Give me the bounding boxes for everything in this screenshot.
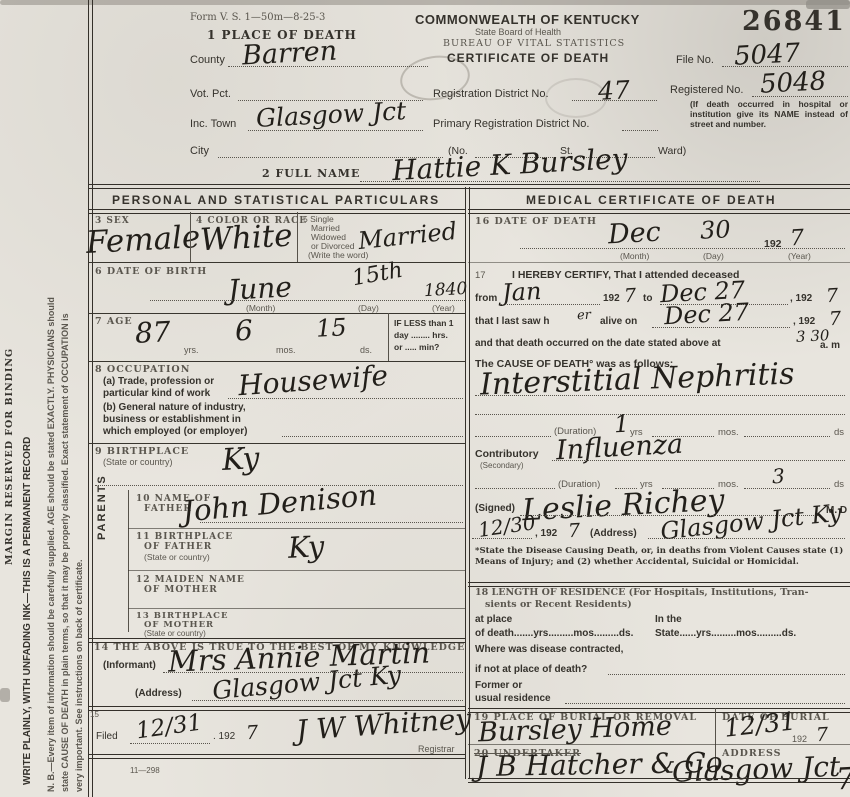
her-script-handwritten: er	[577, 308, 592, 324]
inc-town-handwritten: Glasgow Jct	[255, 96, 406, 133]
if-less-line-1: IF LESS than 1	[394, 318, 454, 328]
signed-year-printed: , 192	[535, 528, 557, 539]
row-rule-3	[88, 361, 465, 362]
father-birthplace-handwritten: Ky	[287, 529, 325, 565]
age-ds-caption: ds.	[360, 345, 372, 355]
birthplace-handwritten: Ky	[221, 441, 260, 478]
occupation-label: 8 OCCUPATION	[95, 364, 190, 375]
age-sub-cell-divider	[388, 313, 389, 361]
filed-year-printed: . 192	[213, 731, 235, 742]
occupation-handwritten: Housewife	[237, 359, 389, 402]
margin-write-plainly-note: WRITE PLAINLY, WITH UNFADING INK—THIS IS…	[22, 135, 33, 785]
stray-seven-handwritten: 7	[835, 762, 850, 797]
dob-month-handwritten: June	[227, 270, 293, 306]
alive-dotted-line	[652, 327, 790, 328]
certificate-serial-number: 26841	[742, 6, 846, 37]
parents-rule-3	[128, 608, 465, 609]
to-year-handwritten: 7	[825, 285, 838, 308]
contributory-label: Contributory	[475, 448, 539, 460]
margin-nb-line-2: state CAUSE OF DEATH in plain terms, so …	[60, 96, 70, 792]
certify-item-number: 17	[475, 270, 486, 281]
full-name-label: 2 FULL NAME	[262, 167, 360, 180]
dob-label: 6 DATE OF BIRTH	[95, 266, 207, 277]
former-dotted-line	[565, 703, 845, 704]
birthplace-label: 9 BIRTHPLACE	[95, 446, 189, 457]
from-date-handwritten: Jan	[501, 277, 542, 307]
registration-district-handwritten: 47	[597, 75, 630, 106]
if-less-line-3: or ..... min?	[394, 342, 439, 352]
signed-address-dots	[648, 538, 845, 539]
state-board-subtitle: State Board of Health	[475, 27, 561, 37]
burial-date-handwritten: 12/31	[723, 706, 798, 742]
occupation-b-line-3: which employed (or employer)	[103, 426, 247, 437]
residence-heading-2: sients or Recent Residents)	[485, 599, 632, 610]
burial-place-handwritten: Bursley Home	[478, 711, 673, 749]
contracted-line-2: if not at place of death?	[475, 664, 587, 675]
contracted-line-1: Where was disease contracted,	[475, 644, 623, 655]
form-left-border	[88, 0, 93, 797]
contracted-dotted-line	[608, 674, 845, 675]
in-the-label: In the	[655, 614, 682, 625]
margin-nb-line-3: very important. See instructions on back…	[74, 440, 84, 792]
parents-inner-divider	[128, 490, 129, 632]
dod-day-caption: (Day)	[703, 251, 724, 261]
of-death-line: of death.......yrs.........mos.........d…	[475, 628, 633, 639]
row-rule-4	[88, 443, 465, 444]
duration2-dots-3	[744, 488, 830, 489]
filed-dotted-line	[130, 743, 210, 744]
city-ward-label: Ward)	[658, 145, 686, 157]
filed-date-handwritten: 12/31	[135, 710, 204, 745]
row-rule-1	[88, 262, 465, 263]
signed-label: (Signed)	[475, 503, 515, 514]
filed-label: Filed	[96, 731, 118, 742]
duration1-dots-3	[744, 436, 830, 437]
age-years-handwritten: 87	[134, 315, 171, 350]
father-birthplace-label-2: OF FATHER	[144, 542, 212, 552]
column-divider	[465, 187, 470, 779]
from-label: from	[475, 293, 497, 304]
dod-year-caption: (Year)	[788, 251, 811, 261]
margin-binding-note: MARGIN RESERVED FOR BINDING	[4, 235, 15, 565]
father-birthplace-sub-label: (State or country)	[144, 552, 210, 562]
signed-address-label: (Address)	[590, 528, 637, 539]
age-mos-caption: mos.	[276, 345, 296, 355]
duration1-leading-dots	[475, 436, 551, 437]
medical-section-title: MEDICAL CERTIFICATE OF DEATH	[526, 193, 776, 207]
burial-year-handwritten: 7	[815, 724, 828, 747]
am-label: a. m	[820, 340, 840, 351]
parents-rule-2	[128, 570, 465, 571]
age-days-handwritten: 15	[315, 313, 347, 343]
primary-registration-label: Primary Registration District No.	[433, 118, 589, 130]
duration2-ds-caption: ds	[834, 479, 844, 490]
mother-name-label-2: OF MOTHER	[144, 585, 218, 595]
dob-day-caption: (Day)	[358, 303, 379, 313]
from-year-handwritten: 7	[623, 285, 636, 308]
alive-year-handwritten: 7	[828, 308, 841, 331]
bureau-subtitle: BUREAU OF VITAL STATISTICS	[443, 38, 625, 49]
birthplace-sub-label: (State or country)	[103, 457, 173, 467]
signed-date-dots	[472, 538, 532, 539]
to-label: to	[643, 293, 652, 304]
form-number: Form V. S. 1—50m—8-25-3	[190, 12, 325, 23]
county-handwritten: Barren	[241, 36, 338, 72]
father-birthplace-label-1: 11 BIRTHPLACE	[136, 532, 233, 542]
occupation-a-line-2: particular kind of work	[103, 388, 210, 399]
if-less-line-2: day ........ hrs.	[394, 330, 448, 340]
commonwealth-title: COMMONWEALTH OF KENTUCKY	[415, 12, 640, 27]
dob-year-caption: (Year)	[432, 303, 455, 313]
mother-birthplace-sub-label: (State or country)	[144, 629, 206, 638]
sex-handwritten: Female	[85, 219, 201, 261]
county-label: County	[190, 54, 225, 66]
vot-pct-label: Vot. Pct.	[190, 88, 231, 100]
primary-registration-dotted-line	[622, 130, 658, 131]
parents-rule-1	[128, 528, 465, 529]
scan-edge-artifact	[0, 0, 850, 5]
death-occurred-label: and that death occurred on the date stat…	[475, 338, 721, 349]
from-year-printed: 192	[603, 293, 620, 304]
medical-title-rule	[468, 209, 850, 214]
mother-name-label-1: 12 MAIDEN NAME	[136, 575, 245, 585]
contributory-dotted-line	[552, 460, 845, 461]
color-race-handwritten: White	[199, 218, 293, 259]
duration2-label: (Duration)	[558, 479, 600, 490]
registered-no-handwritten: 5048	[759, 66, 827, 99]
at-place-label: at place	[475, 614, 512, 625]
former-label-2: usual residence	[475, 693, 551, 704]
hospital-note: (If death occurred in hospital or instit…	[690, 100, 848, 129]
filed-item-number: 15	[90, 710, 99, 719]
cause-dotted-line-1	[475, 395, 845, 396]
father-name-dotted-line	[200, 522, 463, 523]
last-saw-label: that I last saw h	[475, 316, 549, 327]
personal-title-rule	[88, 209, 465, 214]
city-label: City	[190, 145, 209, 157]
dob-month-caption: (Month)	[246, 303, 275, 313]
duration2-leading-dots	[475, 488, 555, 489]
cell-divider-color-marital	[297, 212, 298, 262]
file-no-handwritten: 5047	[733, 38, 801, 71]
alive-on-label: alive on	[600, 316, 637, 327]
burial-undertaker-rule	[468, 744, 850, 745]
registration-district-label: Registration District No.	[433, 88, 549, 100]
informant-label: (Informant)	[103, 660, 156, 671]
left-column-bottom-rule	[88, 754, 465, 759]
cause-dotted-line-2	[475, 414, 845, 415]
age-yrs-caption: yrs.	[184, 345, 199, 355]
from-dotted-line	[500, 304, 600, 305]
residence-heading-1: 18 LENGTH OF RESIDENCE (For Hospitals, I…	[475, 587, 809, 598]
dod-dotted-line	[520, 248, 845, 249]
inc-town-label: Inc. Town	[190, 118, 236, 130]
state-line: State......yrs.........mos.........ds.	[655, 628, 796, 639]
right-column-bottom-rule	[468, 778, 850, 783]
dod-day-handwritten: 30	[699, 215, 731, 245]
occupation-b-dotted-line	[282, 436, 463, 437]
filed-year-handwritten: 7	[245, 722, 258, 745]
to-year-printed: , 192	[790, 293, 812, 304]
duration2-ds-handwritten: 3	[771, 464, 785, 489]
violent-death-note: *State the Disease Causing Death, or, in…	[475, 546, 847, 567]
occupation-a-line-1: (a) Trade, profession or	[103, 376, 214, 387]
duration1-ds-caption: ds	[834, 427, 844, 438]
parents-group-label: PARENTS	[96, 474, 108, 540]
dob-year-handwritten: 1840	[424, 279, 468, 301]
file-no-label: File No.	[676, 54, 714, 66]
age-label: 7 AGE	[95, 316, 133, 327]
medical-rule-1	[468, 262, 850, 263]
date-of-death-label: 16 DATE OF DEATH	[475, 216, 597, 227]
cell-divider-sex-color	[190, 212, 191, 262]
duration1-mos-caption: mos.	[718, 427, 739, 438]
registered-no-label: Registered No.	[670, 84, 743, 96]
row-rule-2	[88, 313, 465, 314]
secondary-caption: (Secondary)	[480, 461, 524, 470]
alive-year-printed: , 192	[793, 316, 815, 327]
informant-address-label: (Address)	[135, 688, 182, 699]
dod-month-handwritten: Dec	[607, 217, 661, 251]
margin-nb-line-1: N. B.—Every item of information should b…	[46, 90, 56, 792]
burial-year-printed: 192	[792, 734, 807, 744]
marital-handwritten: Married	[357, 217, 458, 255]
occupation-b-line-2: business or establishment in	[103, 414, 241, 425]
signed-year-handwritten: 7	[567, 520, 580, 543]
informant-address-dotted-line	[192, 700, 463, 701]
death-certificate-scan: MARGIN RESERVED FOR BINDING WRITE PLAINL…	[0, 0, 850, 797]
age-months-handwritten: 6	[234, 314, 254, 348]
alive-date-handwritten: Dec 27	[663, 298, 749, 330]
dob-dotted-line	[150, 300, 465, 301]
registrar-caption: Registrar	[418, 744, 455, 754]
form-code: 11—298	[130, 766, 160, 775]
personal-section-title: PERSONAL AND STATISTICAL PARTICULARS	[112, 193, 440, 207]
scan-speck	[0, 688, 10, 702]
former-label-1: Former or	[475, 680, 522, 691]
certificate-title: CERTIFICATE OF DEATH	[447, 51, 609, 65]
dod-month-caption: (Month)	[620, 251, 649, 261]
occupation-b-line-1: (b) General nature of industry,	[103, 402, 246, 413]
